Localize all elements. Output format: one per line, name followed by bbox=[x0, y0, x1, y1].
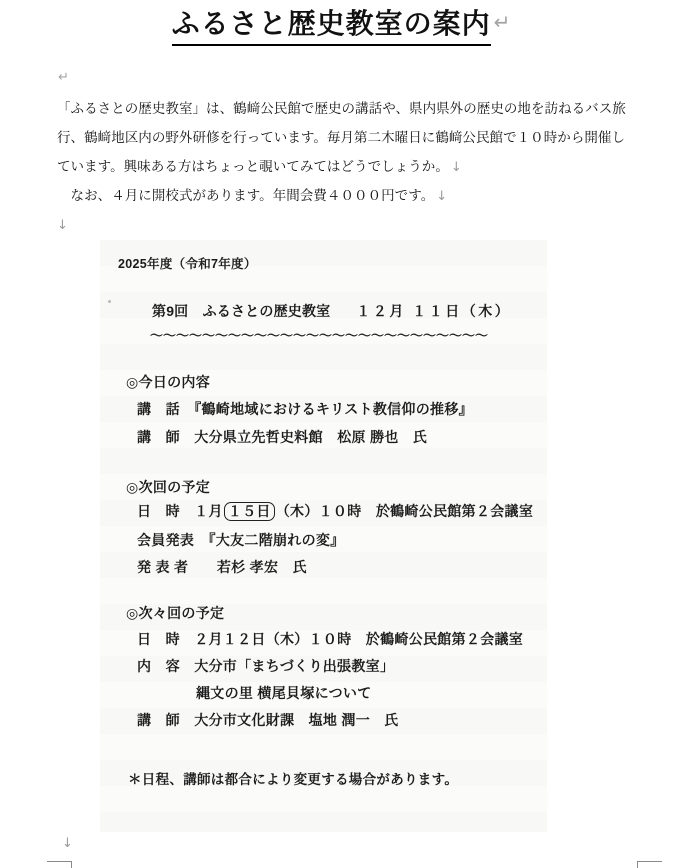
paragraph-mark-icon: ↵ bbox=[58, 70, 69, 85]
line-break-mark-icon: ↓ bbox=[62, 836, 73, 851]
intro-line-4: なお、４月に開校式があります。年間会費４０００円です。↓ bbox=[57, 181, 637, 210]
flyer-note: ＊日程、講師は都合により変更する場合があります。 bbox=[128, 773, 458, 787]
flyer-afternext-datetime: 日 時 ２月１２日（木）１０時 於鶴崎公民館第２会議室 bbox=[137, 632, 523, 646]
line-break-mark-icon: ↓ bbox=[436, 189, 447, 204]
flyer-today-lecturer: 講 師 大分県立先哲史料館 松原 勝也 氏 bbox=[137, 430, 427, 444]
flyer-session-heading: 第9回 ふるさとの歴史教室１２月 １１日（木） bbox=[152, 304, 511, 318]
flyer-next-heading: ◎次回の予定 bbox=[126, 480, 210, 494]
flyer-next-presenter: 発 表 者 若杉 孝宏 氏 bbox=[137, 560, 307, 574]
intro-text: なお、４月に開校式があります。年間会費４０００円です。 bbox=[57, 188, 434, 203]
flyer-next-date-boxed: １５日 bbox=[224, 502, 275, 521]
line-break-mark-icon: ↓ bbox=[57, 218, 68, 233]
flyer-afternext-content: 内 容 大分市「まちづくり出張教室」 bbox=[137, 659, 394, 673]
flyer-session-title: 第9回 ふるさとの歴史教室 bbox=[152, 303, 330, 319]
paragraph-mark-icon: ↵ bbox=[494, 10, 511, 34]
intro-line-2: 行、鶴﨑地区内の野外研修を行っています。毎月第二木曜日に鶴﨑公民館で１０時から開… bbox=[57, 123, 637, 152]
flyer-fiscal-year: 2025年度（令和7年度） bbox=[118, 258, 257, 271]
page-title-row: ふるさと歴史教室の案内↵ bbox=[0, 2, 682, 46]
flyer-next-presentation: 会員発表 『大友二階崩れの変』 bbox=[137, 533, 345, 547]
flyer-wavy-divider: ～～～～～～～～～～～～～～～～～～～～～～～～～～ bbox=[150, 329, 488, 342]
intro-text: ています。興味ある方はちょっと覗いてみてはどうでしょうか。 bbox=[57, 159, 449, 174]
intro-paragraph: 「ふるさとの歴史教室」は、鶴﨑公民館で歴史の講話や、県内県外の歴史の地を訪ねるバ… bbox=[57, 94, 637, 239]
intro-line-5-empty: ↓ bbox=[57, 210, 637, 239]
intro-line-1: 「ふるさとの歴史教室」は、鶴﨑公民館で歴史の講話や、県内県外の歴史の地を訪ねるバ… bbox=[57, 94, 637, 123]
intro-text: 行、鶴﨑地区内の野外研修を行っています。毎月第二木曜日に鶴﨑公民館で１０時から開… bbox=[57, 130, 625, 145]
flyer-afternext-heading: ◎次々回の予定 bbox=[126, 606, 224, 620]
document-page: { "marks": { "pilcrow": "↵", "linebreak"… bbox=[0, 0, 682, 868]
scan-noise-speck bbox=[108, 300, 111, 303]
crop-mark-bottom-right bbox=[637, 861, 662, 868]
flyer-session-date: １２月 １１日（木） bbox=[356, 303, 511, 319]
flyer-afternext-lecturer: 講 師 大分市文化財課 塩地 潤一 氏 bbox=[137, 713, 399, 727]
flyer-today-talk: 講 話 『鶴崎地域におけるキリスト教信仰の推移』 bbox=[137, 402, 473, 416]
flyer-next-datetime-prefix: 日 時 １月 bbox=[137, 503, 223, 519]
flyer-next-datetime-suffix: （木）１０時 於鶴崎公民館第２会議室 bbox=[276, 503, 533, 519]
flyer-afternext-content2: 縄文の里 横尾貝塚について bbox=[196, 686, 372, 700]
crop-mark-bottom-left bbox=[47, 861, 72, 868]
line-break-mark-icon: ↓ bbox=[451, 160, 462, 175]
intro-text: 「ふるさとの歴史教室」は、鶴﨑公民館で歴史の講話や、県内県外の歴史の地を訪ねるバ… bbox=[57, 101, 626, 116]
flyer-scan-image[interactable]: 2025年度（令和7年度） 第9回 ふるさとの歴史教室１２月 １１日（木） ～～… bbox=[100, 240, 547, 832]
page-title: ふるさと歴史教室の案内 bbox=[172, 2, 491, 46]
flyer-today-heading: ◎今日の内容 bbox=[126, 375, 210, 389]
intro-line-3: ています。興味ある方はちょっと覗いてみてはどうでしょうか。↓ bbox=[57, 152, 637, 181]
flyer-next-datetime: 日 時 １月１５日（木）１０時 於鶴崎公民館第２会議室 bbox=[137, 504, 533, 518]
